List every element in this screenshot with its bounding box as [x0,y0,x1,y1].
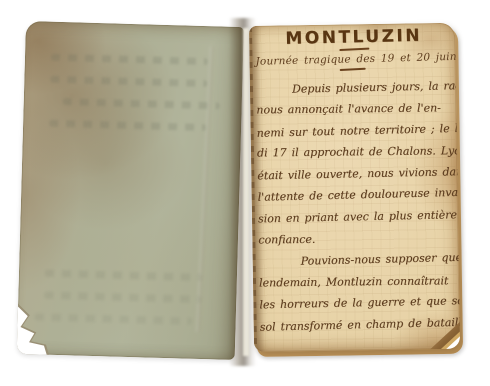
ink-bleedthrough-mark [50,76,207,87]
ink-bleedthrough-mark [44,292,201,303]
notebook-photo: MONTLUZIN Journée tragique des 19 et 20 … [0,0,490,386]
left-page [17,21,244,360]
entry-subtitle: Journée tragique des 19 et 20 juin 1940 [255,51,452,68]
journal-entry: MONTLUZIN Journée tragique des 19 et 20 … [255,26,457,338]
handwritten-line: nous annonçait l'avance de l'en- [256,97,453,121]
right-page: MONTLUZIN Journée tragique des 19 et 20 … [249,23,460,352]
title-underline [339,48,369,52]
handwritten-line: sion en priant avec la plus entière [258,204,455,230]
entry-body: Depuis plusieurs jours, la radio nous an… [256,75,457,337]
entry-title: MONTLUZIN [255,25,452,49]
ink-bleedthrough-mark [35,313,192,324]
paper-crease [196,46,213,332]
ink-bleedthrough-mark [51,54,208,65]
ink-bleedthrough-mark [63,98,220,109]
dog-ear-fold [423,316,461,351]
subtitle-underline [340,68,366,71]
ink-bleedthrough-mark [45,270,202,281]
handwritten-line: di 17 il approchait de Chalons. Lyon [257,141,454,165]
ink-bleedthrough-mark [49,120,206,131]
spine-gap [243,28,249,356]
